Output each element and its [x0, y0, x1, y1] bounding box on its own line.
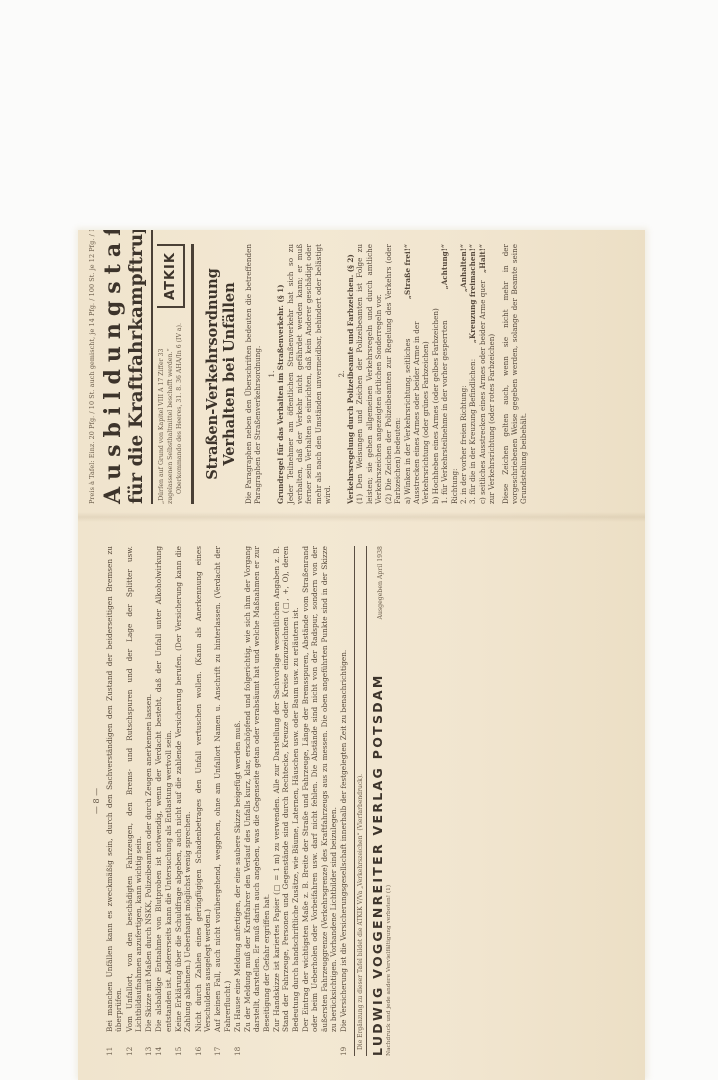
- item-number: 14: [154, 1032, 173, 1056]
- list-item: 13Die Skizze mit Maßen durch NSKK, Poliz…: [144, 546, 153, 1056]
- section-2-number: 2.: [337, 244, 346, 504]
- list-item: Der Eintrag der wichtigsten Maße z. B. B…: [301, 546, 338, 1056]
- page-8: — 8 — 11Bei manchen Unfällen kann es zwe…: [78, 520, 645, 1080]
- list-item: 15Keine Erklärung über die Schuldfrage a…: [174, 546, 193, 1056]
- publisher-row: LUDWIG VOGGENREITER VERLAG POTSDAM Ausge…: [370, 546, 385, 1056]
- item-number: [301, 1032, 338, 1056]
- item-number: 18: [233, 1032, 242, 1056]
- intro-text: Die Paragraphen neben den Überschriften …: [244, 244, 263, 504]
- atkik-label: ATKIK: [163, 252, 178, 300]
- item-number: 17: [213, 1032, 232, 1056]
- list-item: 16Nicht durch Zahlen eines geringfügigen…: [194, 546, 213, 1056]
- list-item: 18Zu Hause eine Meldung anfertigen, der …: [233, 546, 242, 1056]
- title-line-1: Ausbildungstafeln: [100, 230, 126, 504]
- signal-meaning: „Achtung!“: [440, 244, 459, 295]
- closing-text: Diese Zeichen gelten auch, wenn sie nich…: [501, 244, 529, 504]
- signal-row: b) Hochheben eines Armes (oder gelbes Fa…: [431, 244, 440, 504]
- section-2-title: Verkehrsregelung durch Polizeibeamte und…: [346, 244, 355, 504]
- list-item: 17Auf keinen Fall, auch nicht vorübergeh…: [213, 546, 232, 1056]
- signal-description: b) Hochheben eines Armes (oder gelbes Fa…: [431, 308, 440, 504]
- issue-date: Ausgegeben April 1938: [377, 546, 384, 620]
- authorization-note: „Dürfen auf Grund von Kapitel VIII A 17 …: [157, 312, 185, 504]
- item-text: Zur Handskizze ist kariertes Papier (□ =…: [272, 546, 300, 1032]
- item-number: [272, 1032, 300, 1056]
- signal-description: 3. für die in der Kreuzung Befindlichen:: [468, 359, 477, 504]
- signal-description: a) Winken in der Verkehrsrichtung, seitl…: [403, 305, 431, 504]
- signal-description: 2. in der vorher freien Richtung:: [459, 385, 468, 504]
- item-text: Zu der Meldung muß der Kraftfahrer den V…: [243, 546, 271, 1032]
- signal-row: 3. für die in der Kreuzung Befindlichen:…: [468, 244, 477, 504]
- item-number: 16: [194, 1032, 213, 1056]
- signal-meaning: „Kreuzung freimachen!“: [468, 244, 477, 349]
- signal-description: 1. für Verkehrsteilnehme in der vorher g…: [440, 295, 459, 504]
- reprint-note: Nachdruck und jede andere Vervielfältigu…: [386, 546, 392, 1056]
- signal-list: a) Winken in der Verkehrsrichtung, seitl…: [403, 244, 497, 504]
- price-line: Preis à Tafel: Einz. 20 Pfg. / 10 St. au…: [88, 244, 96, 504]
- title-block: Ausbildungstafeln für die Kraftfahrkampf…: [100, 230, 153, 504]
- document-sheet: — 8 — 11Bei manchen Unfällen kann es zwe…: [78, 230, 645, 1080]
- signal-meaning: [431, 244, 440, 250]
- item-number: 19: [339, 1032, 348, 1056]
- divider-rule: [191, 244, 194, 504]
- item-text: Die Versicherung ist die Versicherungsge…: [339, 546, 348, 1032]
- atkik-box: ATKIK: [157, 244, 185, 308]
- item-number: 15: [174, 1032, 193, 1056]
- item-text: Bei manchen Unfällen kann es zweckmäßig …: [105, 546, 124, 1032]
- item-text: Zu Hause eine Meldung anfertigen, der ei…: [233, 546, 242, 1032]
- signal-row: 1. für Verkehrsteilnehme in der vorher g…: [440, 244, 459, 504]
- signal-row: 2. in der vorher freien Richtung:„Anhalt…: [459, 244, 468, 504]
- signal-meaning: „Halt!“: [478, 244, 497, 279]
- signal-row: a) Winken in der Verkehrsrichtung, seitl…: [403, 244, 431, 504]
- heading-accidents: Verhalten bei Unfällen: [221, 244, 238, 504]
- section-1-number: 1.: [267, 244, 276, 504]
- list-item: 19Die Versicherung ist die Versicherungs…: [339, 546, 348, 1056]
- note-row: „Dürfen auf Grund von Kapitel VIII A 17 …: [157, 244, 185, 504]
- signal-row: c) seitliches Ausstrecken eines Armes od…: [478, 244, 497, 504]
- footer-note: Die Ergänzung zu dieser Tafel bildet die…: [354, 546, 367, 1056]
- item-number: 12: [125, 1032, 144, 1056]
- item-text: Nicht durch Zahlen eines geringfügigen S…: [194, 546, 213, 1032]
- list-item: Zur Handskizze ist kariertes Papier (□ =…: [272, 546, 300, 1056]
- publisher-name: LUDWIG VOGGENREITER VERLAG POTSDAM: [370, 673, 385, 1056]
- signal-meaning: „Anhalten!“: [459, 244, 468, 298]
- list-item: Zu der Meldung muß der Kraftfahrer den V…: [243, 546, 271, 1056]
- item-text: Keine Erklärung über die Schuldfrage abg…: [174, 546, 193, 1032]
- accident-items-list: 11Bei manchen Unfällen kann es zweckmäßi…: [105, 546, 348, 1056]
- signal-description: c) seitliches Ausstrecken eines Armes od…: [478, 279, 497, 504]
- signal-meaning: „Straße frei!“: [403, 244, 431, 305]
- item-text: Vom Unfallort, von den beschädigten Fahr…: [125, 546, 144, 1032]
- title-line-2: für die Kraftfahrkampftruppe: [126, 230, 148, 504]
- section-2-para-2: (2) Die Zeichen der Polizeibeamten zur R…: [384, 244, 403, 504]
- list-item: 14Die alsbaldige Entnahme von Blutproben…: [154, 546, 173, 1056]
- document-spread: — 8 — 11Bei manchen Unfällen kann es zwe…: [78, 230, 645, 1080]
- section-1-body: Jeder Teilnehmer am öffentlichen Straßen…: [286, 244, 333, 504]
- page-number: — 8 —: [92, 546, 101, 1056]
- list-item: 12Vom Unfallort, von den beschädigten Fa…: [125, 546, 144, 1056]
- heading-traffic-code: Straßen-Verkehrsordnung: [204, 244, 221, 504]
- list-item: 11Bei manchen Unfällen kann es zweckmäßi…: [105, 546, 124, 1056]
- section-2-para-1: (1) Den Weisungen und Zeichen der Polize…: [355, 244, 383, 504]
- section-1-title: Grundregel für das Verhalten im Straßenv…: [276, 244, 285, 504]
- item-number: 11: [105, 1032, 124, 1056]
- item-text: Auf keinen Fall, auch nicht vorübergehen…: [213, 546, 232, 1032]
- item-text: Die Skizze mit Maßen durch NSKK, Polizei…: [144, 546, 153, 1032]
- item-text: Der Eintrag der wichtigsten Maße z. B. B…: [301, 546, 338, 1032]
- item-number: 13: [144, 1032, 153, 1056]
- item-text: Die alsbaldige Entnahme von Blutproben i…: [154, 546, 173, 1032]
- title-page: Preis à Tafel: Einz. 20 Pfg. / 10 St. au…: [78, 230, 645, 514]
- title-row: Ausbildungstafeln für die Kraftfahrkampf…: [100, 244, 153, 504]
- item-number: [243, 1032, 271, 1056]
